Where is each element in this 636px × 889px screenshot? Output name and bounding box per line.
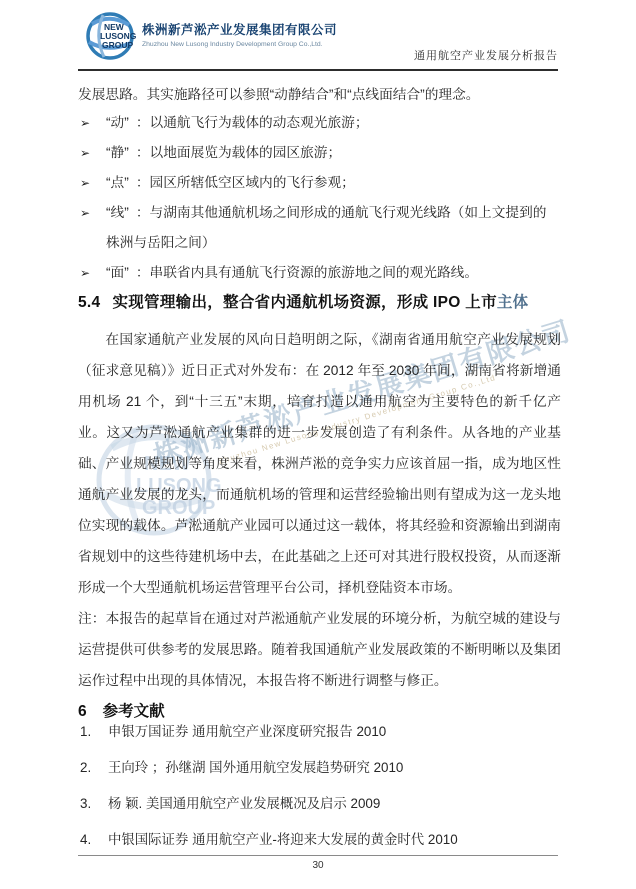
bullet-list: ➢ “动”：以通航飞行为载体的动态观光旅游； ➢ “静”：以地面展览为载体的园区… (80, 108, 560, 288)
bullet-text: ：以地面展览为载体的园区旅游； (136, 145, 341, 160)
page-header: NEW LUSONG GROUP 株洲新芦淞产业发展集团有限公司 Zhuzhou… (86, 10, 386, 62)
bullet-text: ：串联省内具有通航飞行资源的旅游地之间的观光路线。 (136, 265, 478, 280)
list-item: ➢ “点”：园区所辖低空区域内的飞行参观； (80, 168, 560, 198)
section-heading-5-4: 5.4实现管理输出，整合省内通航机场资源，形成 IPO 上市主体 (78, 290, 528, 312)
footer-rule (78, 855, 558, 856)
bullet-term: “静” (106, 145, 129, 160)
reference-number: 4. (80, 829, 108, 851)
reference-number: 1. (80, 721, 108, 743)
arrow-bullet-icon: ➢ (80, 258, 106, 288)
section-number: 5.4 (78, 294, 100, 311)
body-paragraph: 在国家通航产业发展的风向日趋明朗之际，《湖南省通用航空产业发展规划（征求意见稿）… (78, 324, 561, 603)
bullet-term: “动” (106, 115, 129, 130)
reference-number: 3. (80, 793, 108, 815)
company-name-cn: 株洲新芦淞产业发展集团有限公司 (142, 20, 382, 38)
list-item: ➢ “动”：以通航飞行为载体的动态观光旅游； (80, 108, 560, 138)
list-item: ➢ “静”：以地面展览为载体的园区旅游； (80, 138, 560, 168)
reference-text: 中银国际证券 通用航空产业-将迎来大发展的黄金时代 2010 (108, 829, 458, 851)
bullet-text: ：园区所辖低空区域内的飞行参观； (136, 175, 355, 190)
bullet-text: ：与湖南其他通航机场之间形成的通航飞行观光线路（如上文提到的 株洲与岳阳之间） (106, 205, 546, 250)
arrow-bullet-icon: ➢ (80, 198, 106, 258)
company-globe-icon: NEW LUSONG GROUP (86, 11, 138, 61)
reference-text: 申银万国证券 通用航空产业深度研究报告 2010 (108, 721, 386, 743)
bullet-term: “点” (106, 175, 129, 190)
arrow-bullet-icon: ➢ (80, 108, 106, 138)
reference-item: 2. 王向玲 ；孙继湖 国外通用航空发展趋势研究 2010 (80, 757, 560, 779)
section-title: 参考文献 (103, 703, 165, 720)
arrow-bullet-icon: ➢ (80, 168, 106, 198)
note-paragraph: 注：本报告的起草旨在通过对芦淞通航产业发展的环境分析，为航空城的建设与运营提供可… (78, 603, 561, 696)
page-number: 30 (0, 860, 636, 871)
reference-number: 2. (80, 757, 108, 779)
reference-item: 4. 中银国际证券 通用航空产业-将迎来大发展的黄金时代 2010 (80, 829, 560, 851)
section-number: 6 (78, 703, 87, 720)
reference-item: 3. 杨 颖. 美国通用航空产业发展概况及启示 2009 (80, 793, 560, 815)
intro-line: 发展思路。其实施路径可以参照“动静结合”和“点线面结合”的理念。 (78, 84, 560, 106)
logo-text-line3: GROUP (102, 40, 134, 50)
reference-text: 王向玲 ；孙继湖 国外通用航空发展趋势研究 2010 (108, 757, 403, 779)
document-body: 发展思路。其实施路径可以参照“动静结合”和“点线面结合”的理念。 ➢ “动”：以… (0, 0, 636, 889)
bullet-text: ：以通航飞行为载体的动态观光旅游； (136, 115, 369, 130)
reference-item: 1. 申银万国证券 通用航空产业深度研究报告 2010 (80, 721, 560, 743)
bullet-term: “面” (106, 265, 129, 280)
section-heading-6: 6参考文献 (78, 699, 165, 721)
bullet-term: “线” (106, 205, 129, 220)
section-title: 实现管理输出，整合省内通航机场资源，形成 IPO 上市 (112, 294, 496, 311)
company-name-block: 株洲新芦淞产业发展集团有限公司 Zhuzhou New Lusong Indus… (142, 20, 382, 48)
section-title-watermark-overlap: 主体 (497, 294, 529, 311)
reference-text: 杨 颖. 美国通用航空产业发展概况及启示 2009 (108, 793, 380, 815)
report-page: NEW LUSONG GROUP 株洲新芦淞产业发展集团有限公司 Zhuzhou… (0, 0, 636, 889)
list-item: ➢ “线”：与湖南其他通航机场之间形成的通航飞行观光线路（如上文提到的 株洲与岳… (80, 198, 560, 258)
arrow-bullet-icon: ➢ (80, 138, 106, 168)
reference-list: 1. 申银万国证券 通用航空产业深度研究报告 2010 2. 王向玲 ；孙继湖 … (80, 721, 560, 865)
company-name-en: Zhuzhou New Lusong Industry Development … (142, 41, 382, 48)
list-item: ➢ “面”：串联省内具有通航飞行资源的旅游地之间的观光路线。 (80, 258, 560, 288)
report-title: 通用航空产业发展分析报告 (414, 47, 558, 63)
header-rule (78, 69, 558, 71)
